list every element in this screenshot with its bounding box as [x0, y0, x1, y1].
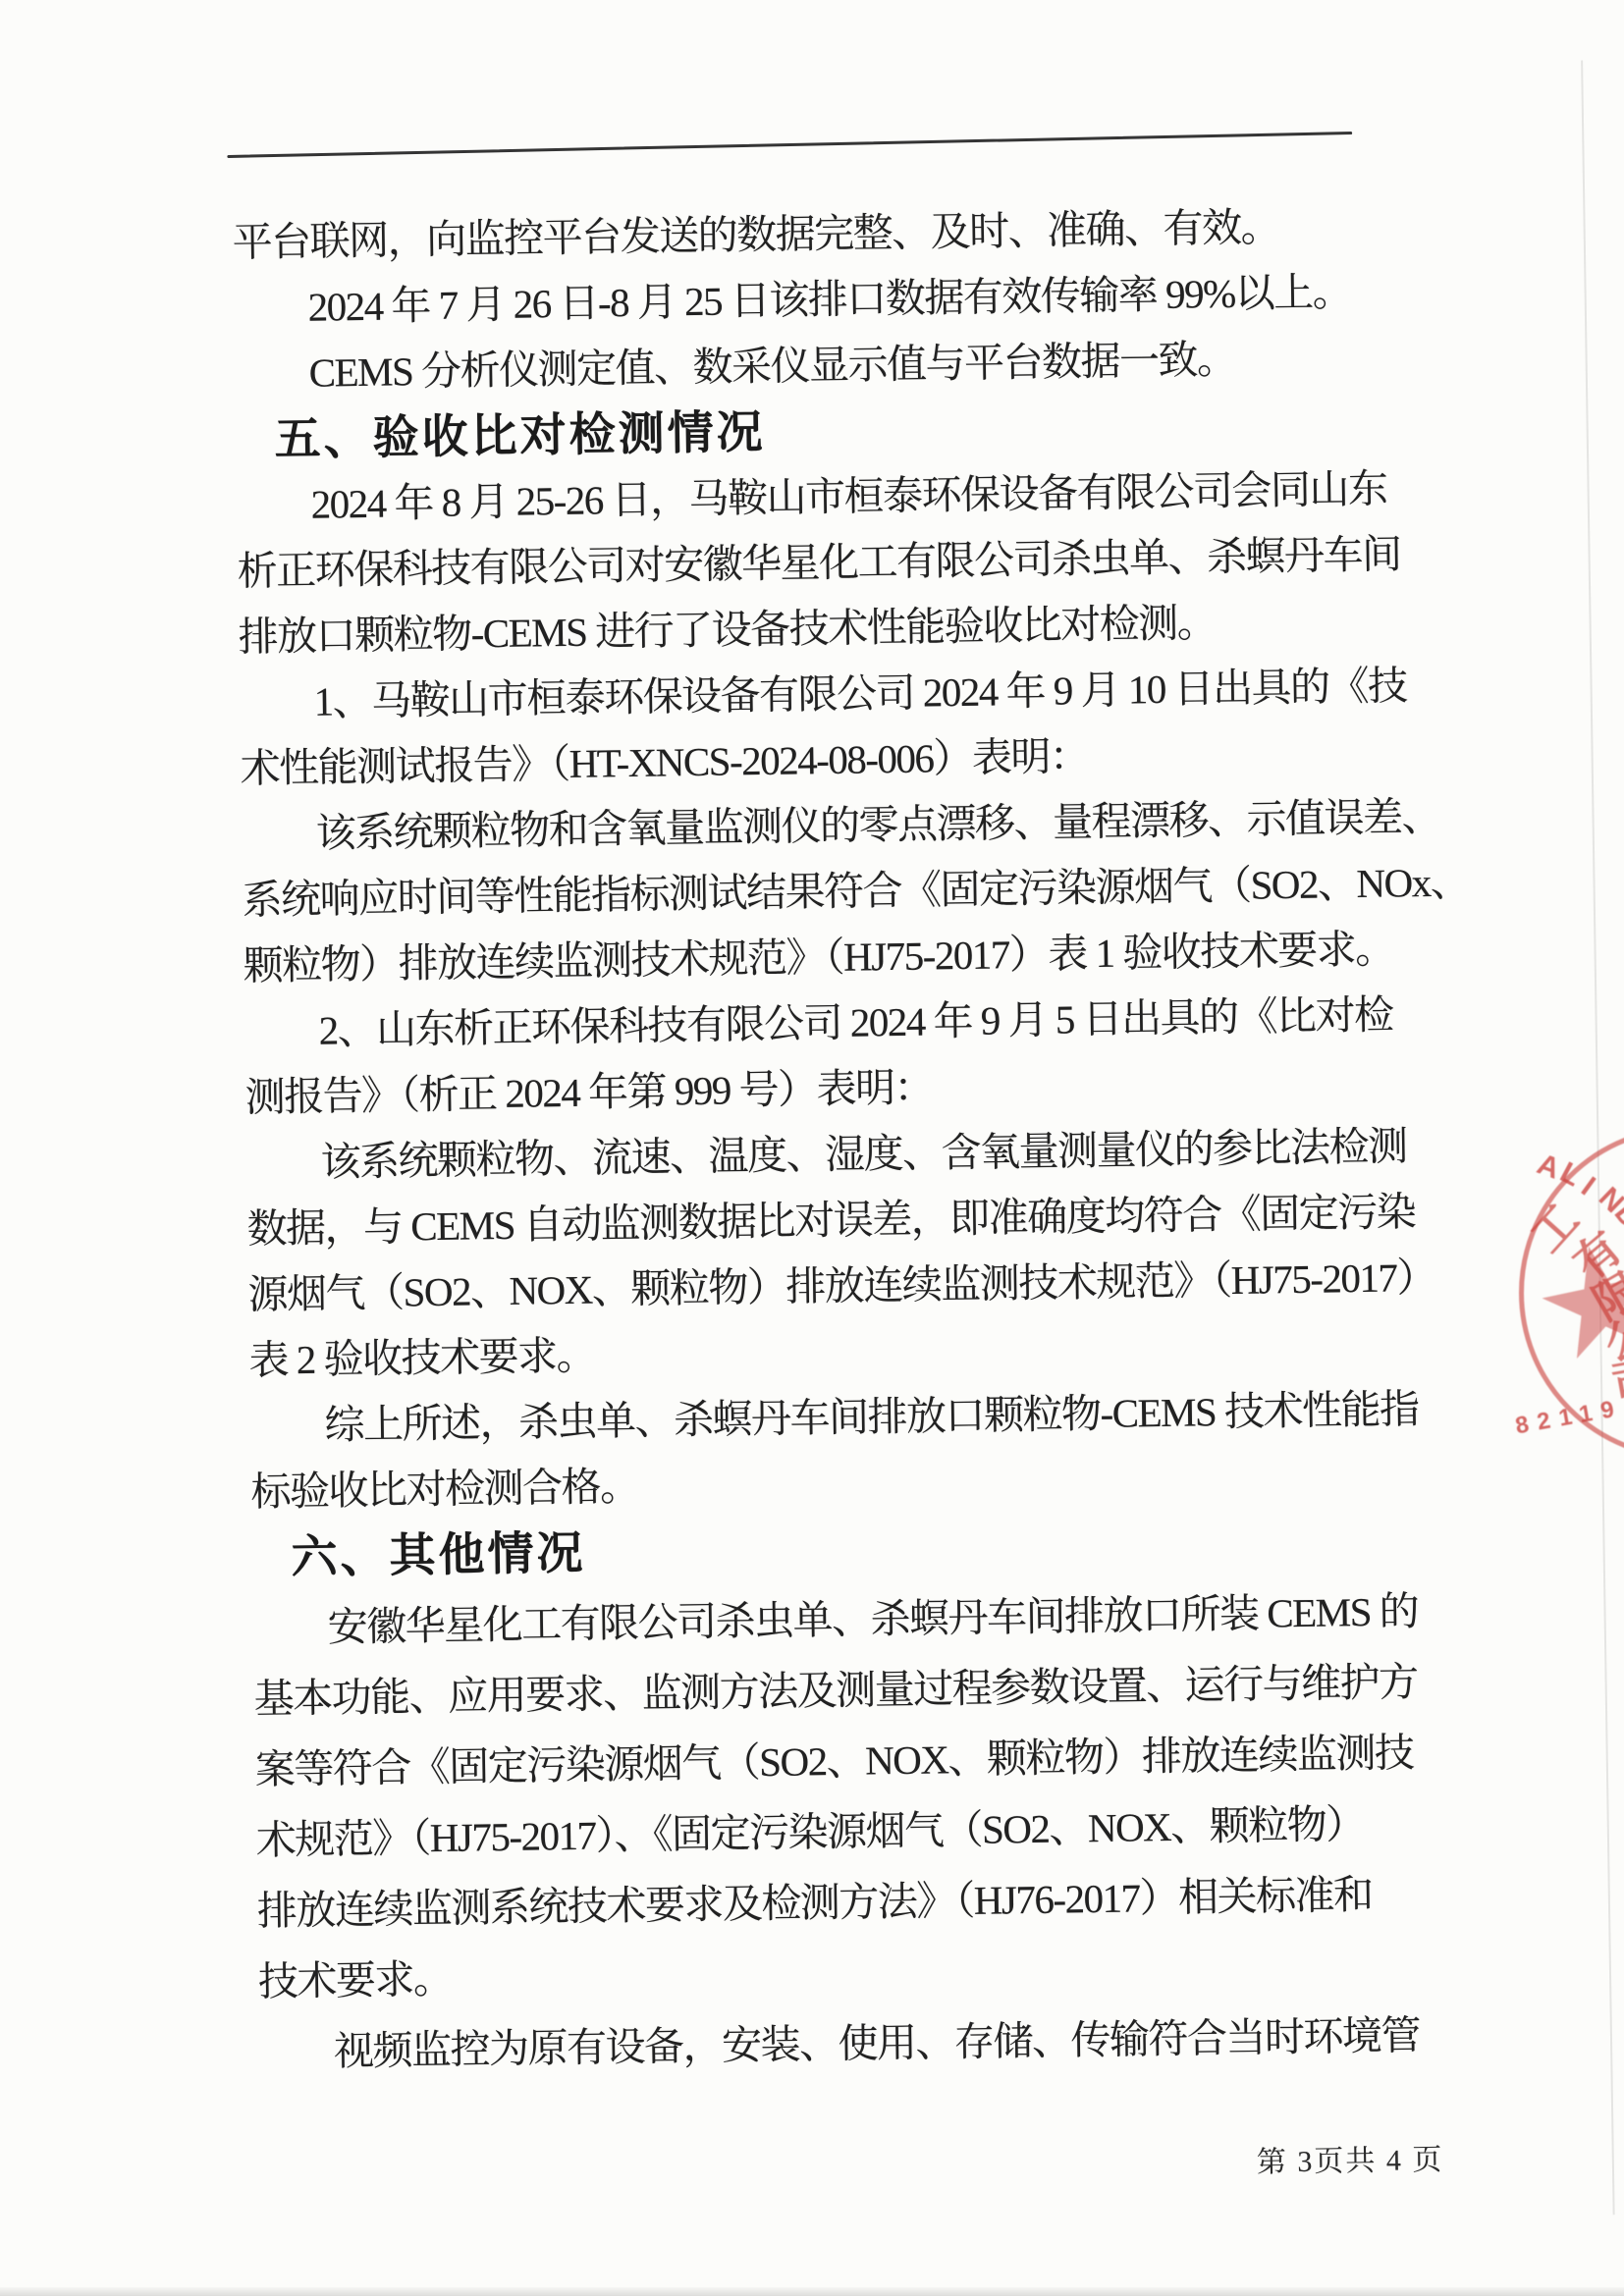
text-line: 技术要求。	[257, 1942, 452, 2011]
text-line: 表 2 验收技术要求。	[248, 1318, 595, 1390]
header-separator-line	[227, 132, 1352, 158]
scan-edge-artifact-line	[1581, 61, 1615, 2216]
page-number: 第 3页共 4 页	[1256, 2135, 1443, 2181]
text-line: 视频监控为原有设备，安装、使用、存储、传输符合当时环境管	[333, 1998, 1420, 2080]
section-heading: 五、验收比对检测情况	[274, 395, 766, 468]
scan-content: 平台联网，向监控平台发送的数据完整、及时、准确、有效。2024 年 7 月 26…	[0, 0, 1624, 2296]
text-line: 标验收比对检测合格。	[250, 1449, 639, 1522]
text-line: 测报告》（析正 2024 年第 999 号）表明：	[244, 1049, 933, 1126]
scanned-document-page: 平台联网，向监控平台发送的数据完整、及时、准确、有效。2024 年 7 月 26…	[0, 0, 1624, 2296]
section-heading: 六、其他情况	[291, 1516, 586, 1586]
text-lines: 平台联网，向监控平台发送的数据完整、及时、准确、有效。2024 年 7 月 26…	[0, 0, 1621, 3]
text-line: 基本功能、应用要求、监测方法及测量过程参数设置、运行与维护方	[253, 1644, 1418, 1729]
text-line: 术规范》（HJ75-2017）、《固定污染源烟气（SO2、NOX、颗粒物）	[255, 1787, 1365, 1870]
scan-bottom-edge	[0, 2287, 1624, 2296]
text-line: 案等符合《固定污染源烟气（SO2、NOX、颗粒物）排放连续监测技	[254, 1715, 1414, 1798]
text-line: 排放连续监测系统技术要求及检测方法》（HJ76-2017）相关标准和	[256, 1857, 1373, 1941]
text-line: 安徽华星化工有限公司杀虫单、杀螟丹车间排放口所装 CEMS 的	[327, 1574, 1419, 1656]
text-line: CEMS 分析仪测定值、数采仪显示值与平台数据一致。	[308, 322, 1236, 402]
